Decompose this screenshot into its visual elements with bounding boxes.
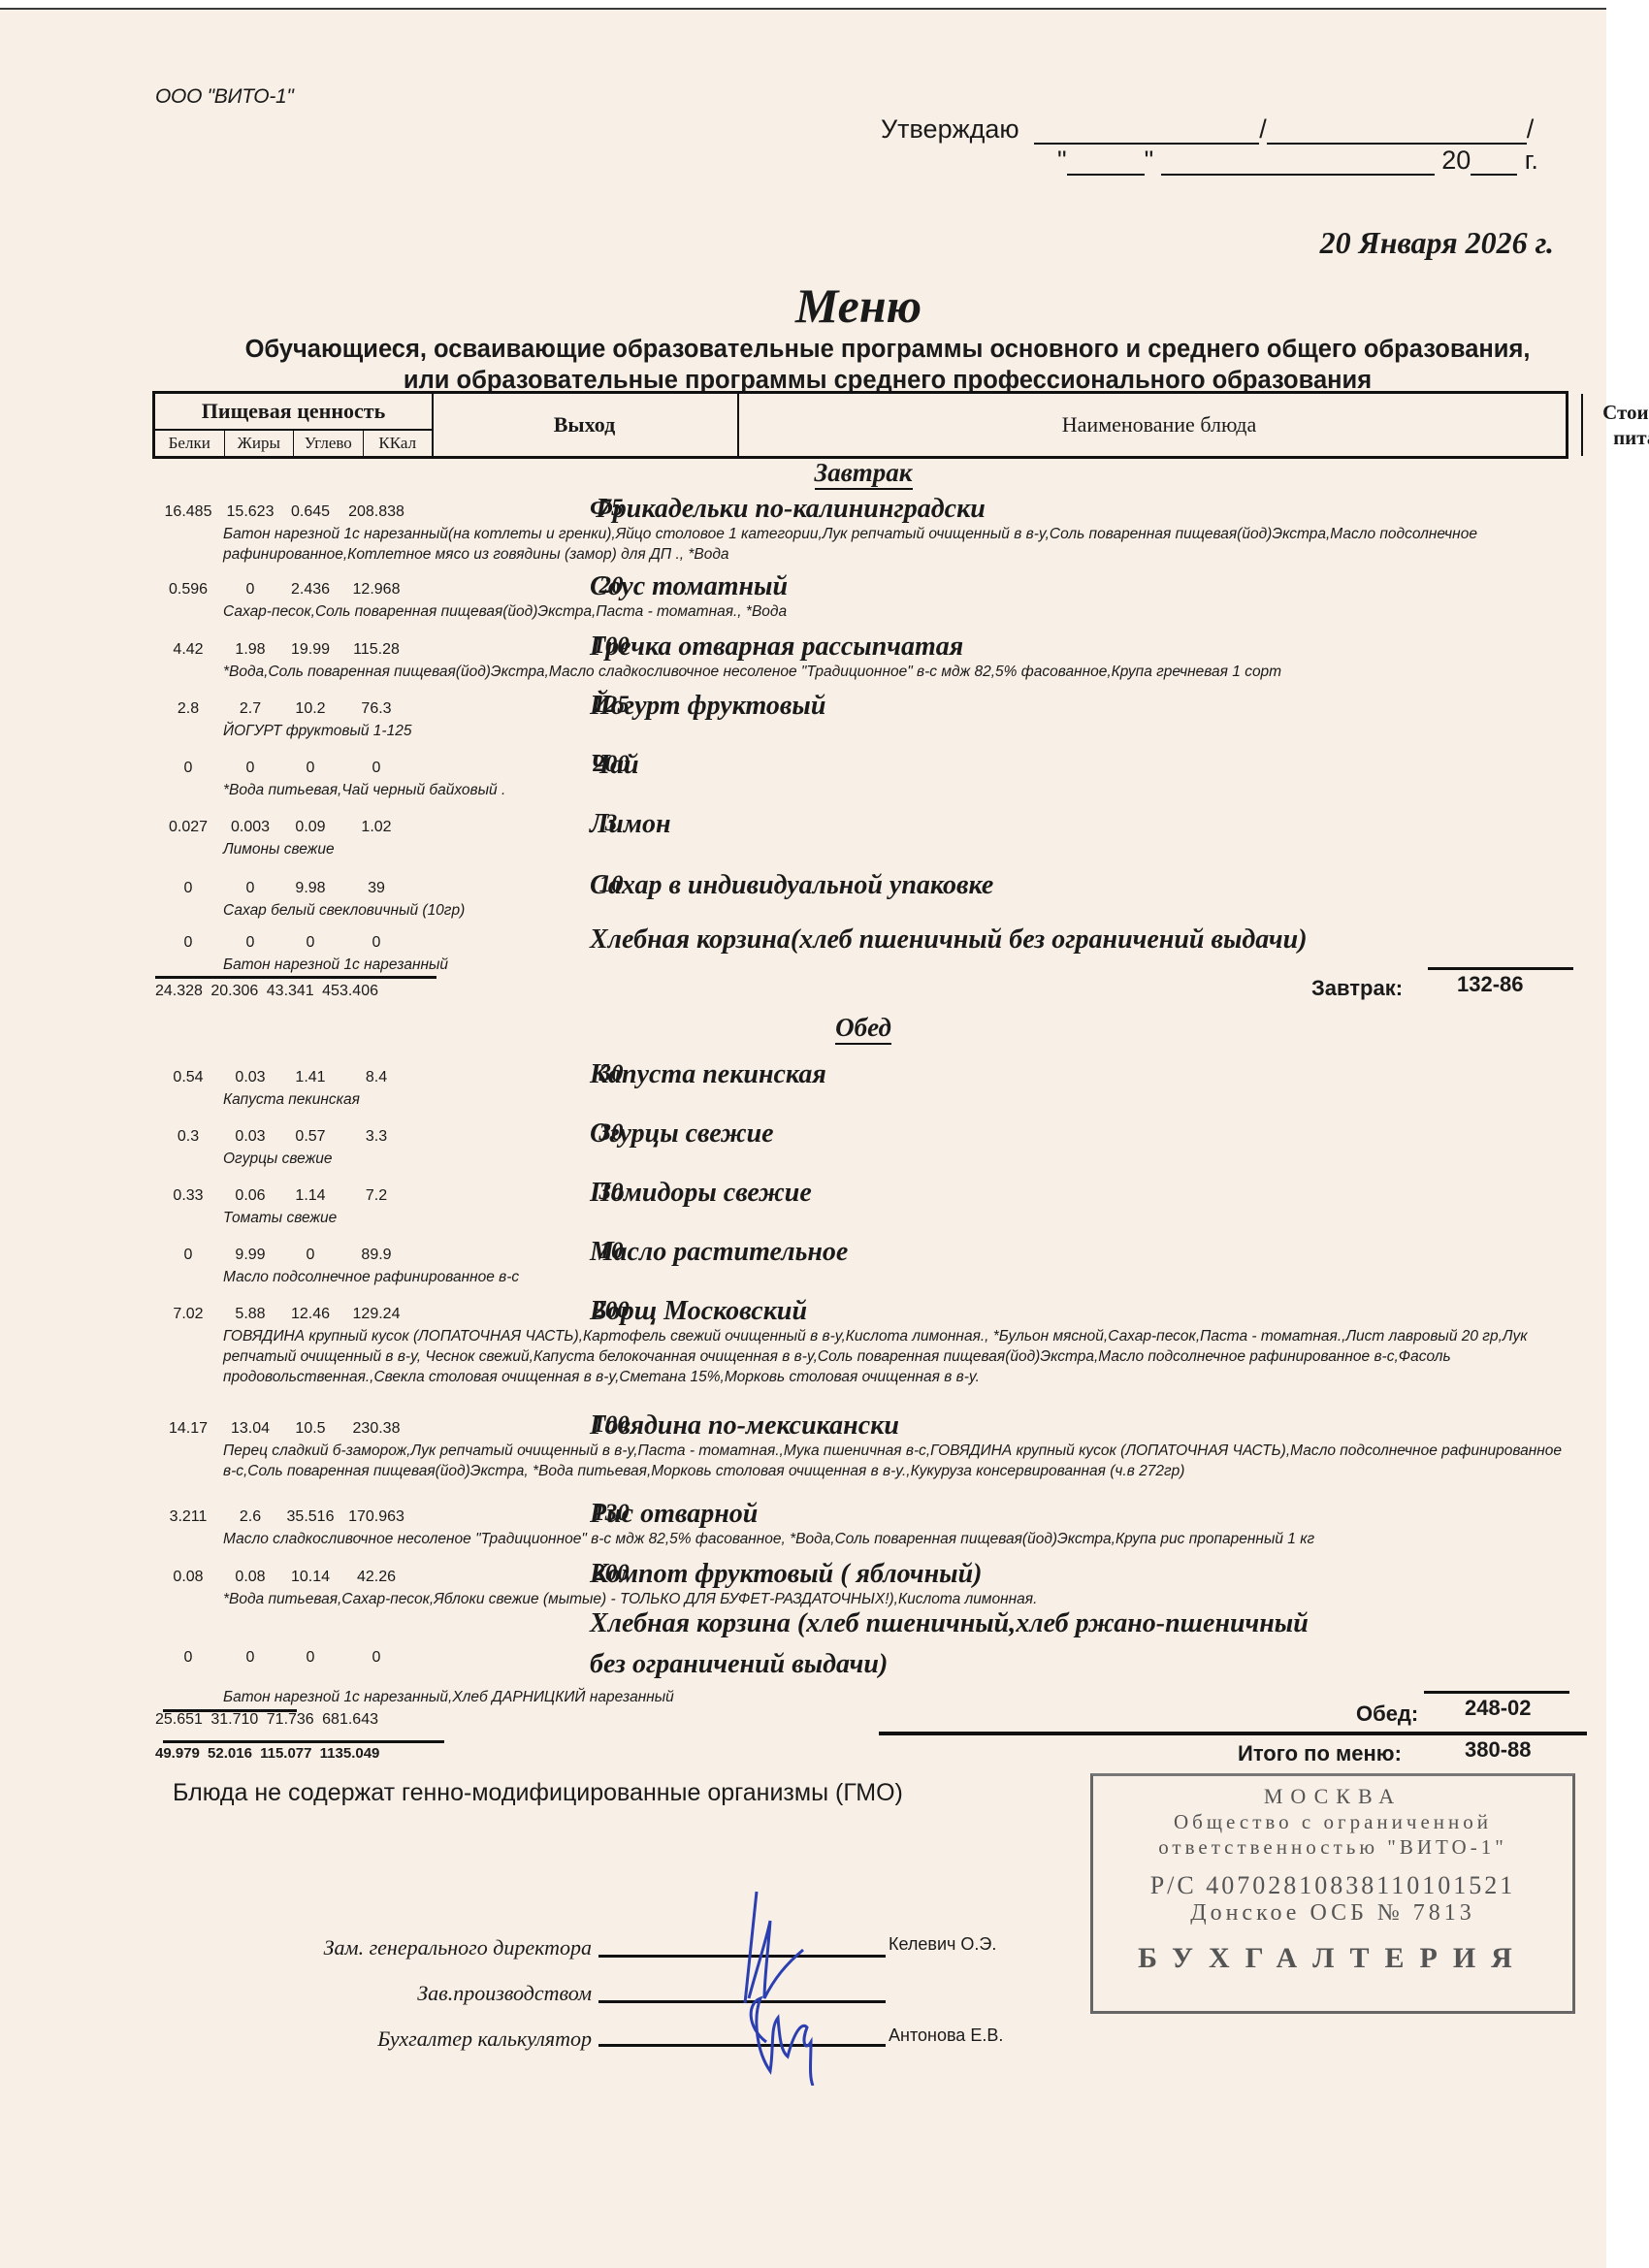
breakfast-totals-rule bbox=[155, 976, 436, 979]
year-blank bbox=[1471, 148, 1517, 176]
kcal-value: 129.24 bbox=[338, 1306, 415, 1323]
breakfast-sum-rule bbox=[1428, 967, 1573, 970]
dish-name-line: Помидоры свежие bbox=[590, 1177, 812, 1210]
nutrition-header: Пищевая ценность Белки Жиры Углево ККал bbox=[155, 394, 434, 456]
stamp-bank: Донское ОСБ № 7813 bbox=[1093, 1900, 1572, 1927]
dish-name-line: Огурцы свежие bbox=[590, 1118, 774, 1150]
carbs-header: Углево bbox=[294, 431, 364, 456]
grand-sum-rule bbox=[879, 1732, 1587, 1735]
role-deputy-director: Зам. генерального директора bbox=[184, 1935, 592, 1960]
dish-name-line-2: без ограничений выдачи) bbox=[590, 1648, 1309, 1681]
stamp-city: МОСКВА bbox=[1093, 1784, 1572, 1809]
dish-name-line: Рис отварной bbox=[590, 1498, 758, 1531]
kcal-value: 89.9 bbox=[338, 1247, 415, 1264]
kcal-value: 0 bbox=[338, 934, 415, 952]
stamp-department: БУХГАЛТЕРИЯ bbox=[1093, 1942, 1572, 1975]
dish-ingredients: *Вода,Соль поваренная пищевая(йод)Экстра… bbox=[223, 662, 1571, 682]
dish-ingredients: Томаты свежие bbox=[223, 1208, 1571, 1228]
kcal-value: 76.3 bbox=[338, 700, 415, 718]
handwritten-signature-icon bbox=[727, 1882, 863, 2086]
year-suffix: г. bbox=[1525, 146, 1538, 175]
dish-ingredients: Батон нарезной 1с нарезанный(на котлеты … bbox=[223, 524, 1571, 565]
cost-header: Стоимость питания bbox=[1581, 394, 1649, 456]
dish-ingredients: Масло сладкосливочное несоленое "Традици… bbox=[223, 1529, 1571, 1549]
approve-slash-end: / bbox=[1527, 114, 1535, 144]
kcal-value: 1.02 bbox=[338, 819, 415, 836]
signatory-accountant: Антонова Е.В. bbox=[889, 2025, 1003, 2046]
document-page: ООО "ВИТО-1" Утверждаю // "" 20 г. 20 Ян… bbox=[0, 8, 1606, 2268]
breakfast-title-text: Завтрак bbox=[815, 458, 913, 490]
dish-name: Огурцы свежие bbox=[590, 1118, 774, 1150]
dish-name-line: Масло растительное bbox=[590, 1236, 848, 1269]
grand-totals: 49.979 52.016 115.077 1135.049 bbox=[155, 1745, 379, 1762]
dish-name-line: Компот фруктовый ( яблочный) bbox=[590, 1558, 982, 1591]
dish-name: Сахар в индивидуальной упаковке bbox=[590, 869, 993, 902]
dish-name: Лимон bbox=[590, 808, 671, 841]
lunch-sum-value: 248-02 bbox=[1465, 1696, 1532, 1721]
stamp-line2: ответственностью "ВИТО-1" bbox=[1093, 1834, 1572, 1860]
kcal-value: 0 bbox=[338, 1649, 415, 1667]
nutrition-title: Пищевая ценность bbox=[155, 394, 432, 431]
dish-name: Рис отварной bbox=[590, 1498, 758, 1531]
month-blank bbox=[1161, 148, 1435, 176]
company-stamp: МОСКВА Общество с ограниченной ответстве… bbox=[1090, 1773, 1575, 2014]
kcal-value: 230.38 bbox=[338, 1420, 415, 1438]
quote-open: " bbox=[1057, 146, 1067, 175]
dish-name: Йогурт фруктовый bbox=[590, 690, 825, 723]
dish-name: Хлебная корзина (хлеб пшеничный,хлеб ржа… bbox=[590, 1607, 1309, 1681]
page-subtitle: Обучающиеся, осваивающие образовательные… bbox=[223, 334, 1552, 396]
lunch-sum-label: Обед: bbox=[1356, 1701, 1418, 1727]
section-breakfast-title: Завтрак bbox=[0, 458, 1649, 488]
section-lunch-title: Обед bbox=[0, 1013, 1649, 1043]
page-title: Меню bbox=[0, 277, 1649, 334]
kcal-value: 8.4 bbox=[338, 1069, 415, 1086]
lunch-sum-rule bbox=[1424, 1691, 1569, 1694]
dish-ingredients: ЙОГУРТ фруктовый 1-125 bbox=[223, 721, 1571, 741]
dish-name-line: Капуста пекинская bbox=[590, 1058, 826, 1091]
breakfast-totals: 24.328 20.306 43.341 453.406 bbox=[155, 983, 378, 1000]
approve-name-blank bbox=[1267, 117, 1527, 145]
dish-name-line: Борщ Московский bbox=[590, 1295, 807, 1328]
breakfast-sum-label: Завтрак: bbox=[1311, 976, 1403, 1001]
dish-ingredients: Перец сладкий б-заморож,Лук репчатый очи… bbox=[223, 1441, 1571, 1481]
dish-name: Фрикадельки по-калининградски bbox=[590, 493, 986, 526]
dish-name: Борщ Московский bbox=[590, 1295, 807, 1328]
dish-name-line: Чай bbox=[590, 749, 639, 782]
dish-name-line: Лимон bbox=[590, 808, 671, 841]
dish-name-header: Наименование блюда bbox=[737, 394, 1583, 456]
grand-total-label: Итого по меню: bbox=[1238, 1741, 1402, 1766]
kcal-value: 170.963 bbox=[338, 1508, 415, 1526]
dish-ingredients: Масло подсолнечное рафинированное в-с bbox=[223, 1267, 1571, 1287]
dish-name: Говядина по-мексикански bbox=[590, 1409, 899, 1442]
cost-header-line1: Стоимость bbox=[1602, 400, 1649, 425]
kcal-value: 208.838 bbox=[338, 503, 415, 521]
kcal-value: 12.968 bbox=[338, 581, 415, 599]
dish-name: Чай bbox=[590, 749, 639, 782]
dish-name-line: Хлебная корзина (хлеб пшеничный,хлеб ржа… bbox=[590, 1607, 1309, 1640]
dish-ingredients: *Вода питьевая,Чай черный байховый . bbox=[223, 780, 1571, 800]
dish-ingredients: Капуста пекинская bbox=[223, 1089, 1571, 1110]
approve-label: Утверждаю bbox=[881, 114, 1019, 144]
dish-ingredients: ГОВЯДИНА крупный кусок (ЛОПАТОЧНАЯ ЧАСТЬ… bbox=[223, 1326, 1571, 1387]
dish-name: Капуста пекинская bbox=[590, 1058, 826, 1091]
dish-name-line: Сахар в индивидуальной упаковке bbox=[590, 869, 993, 902]
dish-name: Соус томатный bbox=[590, 570, 788, 603]
kcal-header: ККал bbox=[364, 431, 433, 456]
role-accountant: Бухгалтер калькулятор bbox=[184, 2026, 592, 2052]
day-blank bbox=[1067, 148, 1145, 176]
dish-name-line: Фрикадельки по-калининградски bbox=[590, 493, 986, 526]
dish-name-line: Соус томатный bbox=[590, 570, 788, 603]
kcal-value: 42.26 bbox=[338, 1569, 415, 1586]
kcal-value: 7.2 bbox=[338, 1187, 415, 1205]
stamp-line1: Общество с ограниченной bbox=[1093, 1809, 1572, 1834]
approval-line: Утверждаю // bbox=[881, 114, 1534, 145]
dish-ingredients: Лимоны свежие bbox=[223, 839, 1571, 859]
yield-header: Выход bbox=[432, 394, 739, 456]
signatory-deputy-director: Келевич О.Э. bbox=[889, 1934, 996, 1955]
fats-header: Жиры bbox=[225, 431, 295, 456]
kcal-value: 39 bbox=[338, 880, 415, 897]
dish-name-line: Говядина по-мексикански bbox=[590, 1409, 899, 1442]
approval-date-line: "" 20 г. bbox=[1057, 146, 1538, 176]
stamp-account: Р/С 40702810838110101521 bbox=[1093, 1871, 1572, 1900]
approve-slash: / bbox=[1259, 114, 1267, 144]
dish-name: Масло растительное bbox=[590, 1236, 848, 1269]
dish-name-line: Йогурт фруктовый bbox=[590, 690, 825, 723]
quote-close: " bbox=[1145, 146, 1154, 175]
kcal-value: 115.28 bbox=[338, 641, 415, 659]
kcal-value: 0 bbox=[338, 760, 415, 777]
grand-totals-rule bbox=[163, 1740, 444, 1743]
document-date: 20 Января 2026 г. bbox=[1320, 225, 1554, 261]
organization-name: ООО "ВИТО-1" bbox=[155, 85, 294, 109]
role-production-head: Зав.производством bbox=[184, 1981, 592, 2006]
lunch-totals: 25.651 31.710 71.736 681.643 bbox=[155, 1711, 378, 1729]
dish-name-line: Гречка отварная рассыпчатая bbox=[590, 631, 963, 664]
breakfast-sum-value: 132-86 bbox=[1457, 972, 1524, 997]
dish-name: Хлебная корзина(хлеб пшеничный без огран… bbox=[590, 923, 1308, 956]
dish-ingredients: Сахар белый свекловичный (10гр) bbox=[223, 900, 1571, 921]
dish-ingredients: Огурцы свежие bbox=[223, 1149, 1571, 1169]
dish-name: Компот фруктовый ( яблочный) bbox=[590, 1558, 982, 1591]
dish-name: Помидоры свежие bbox=[590, 1177, 812, 1210]
dish-name-line: Хлебная корзина(хлеб пшеничный без огран… bbox=[590, 923, 1308, 956]
year-prefix: 20 bbox=[1441, 146, 1471, 175]
dish-ingredients: *Вода питьевая,Сахар-песок,Яблоки свежие… bbox=[223, 1589, 1571, 1609]
grand-total-value: 380-88 bbox=[1465, 1737, 1532, 1763]
proteins-header: Белки bbox=[155, 431, 225, 456]
gmo-note: Блюда не содержат генно-модифицированные… bbox=[173, 1779, 903, 1807]
table-header: Пищевая ценность Белки Жиры Углево ККал … bbox=[152, 391, 1568, 459]
dish-name: Гречка отварная рассыпчатая bbox=[590, 631, 963, 664]
approve-signature-blank bbox=[1034, 117, 1259, 145]
kcal-value: 3.3 bbox=[338, 1128, 415, 1146]
lunch-title-text: Обед bbox=[835, 1013, 891, 1045]
cost-header-line2: питания bbox=[1613, 425, 1649, 450]
dish-ingredients: Батон нарезной 1с нарезанный bbox=[223, 955, 1571, 975]
dish-ingredients: Сахар-песок,Соль поваренная пищевая(йод)… bbox=[223, 601, 1571, 622]
